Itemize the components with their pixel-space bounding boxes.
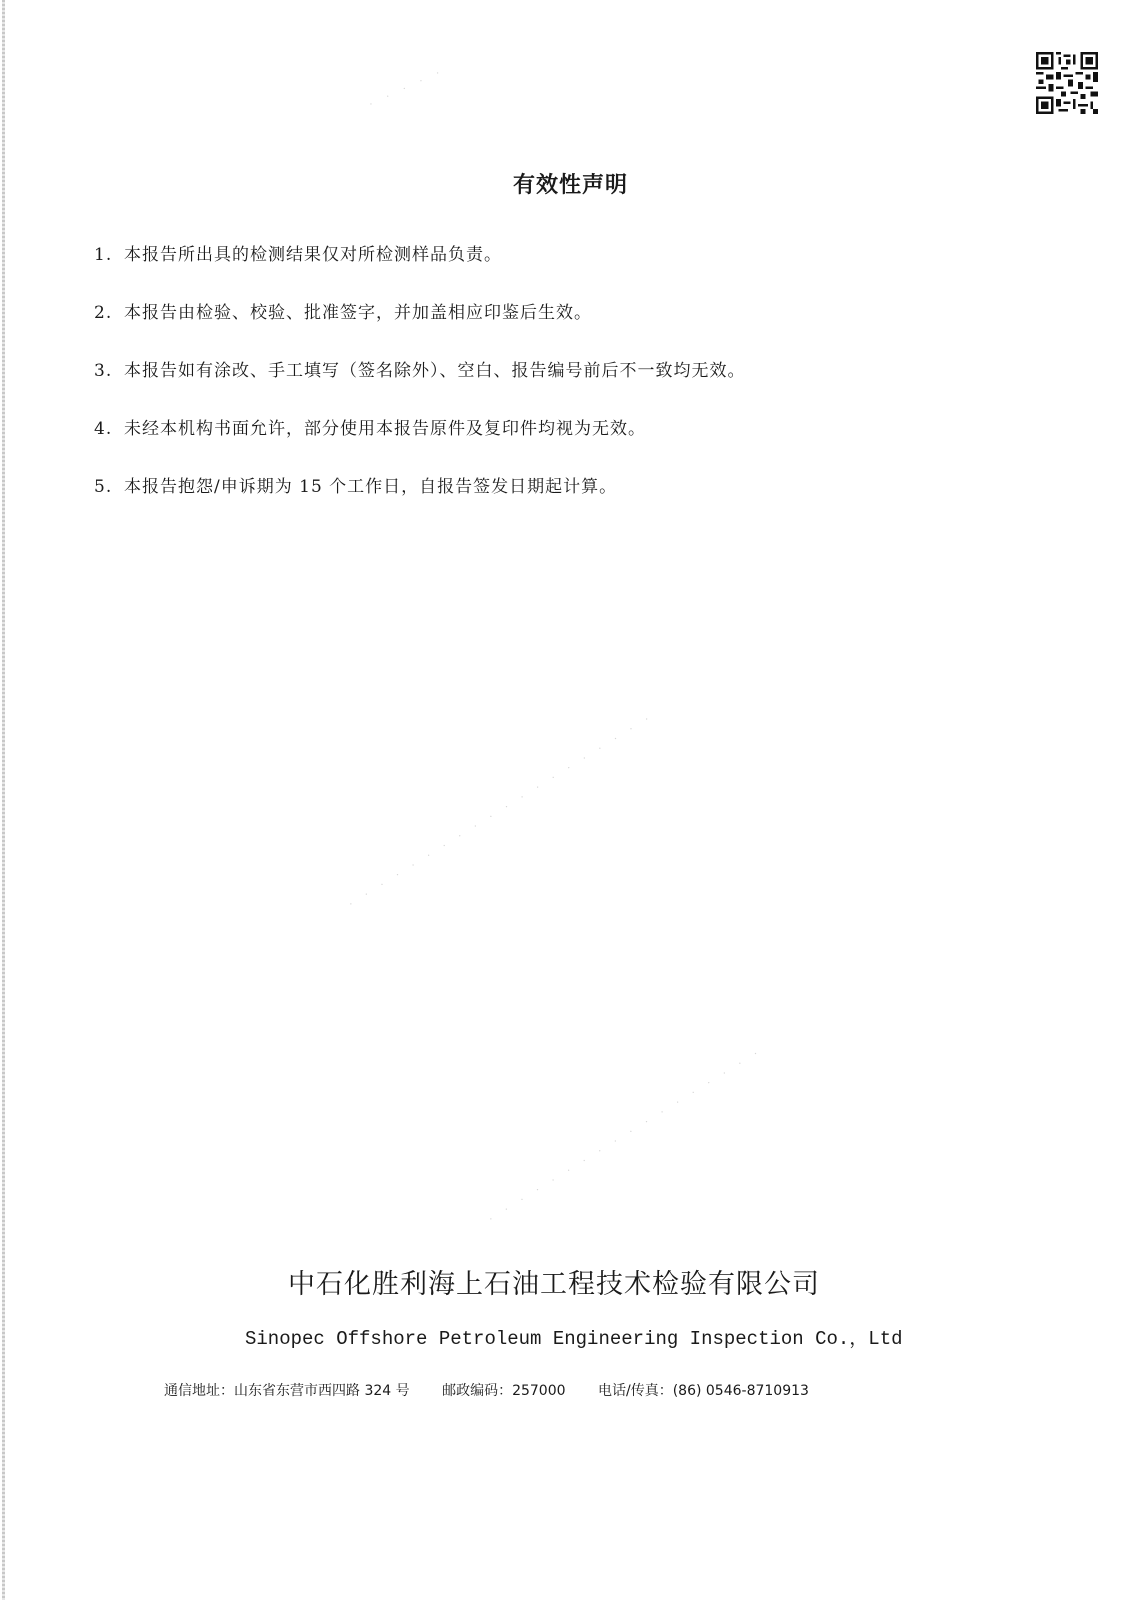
watermark-faint: · · · · · — [368, 66, 448, 111]
statement-item: 1.本报告所出具的检测结果仅对所检测样品负责。 — [94, 240, 502, 265]
statement-item: 5.本报告抱怨/申诉期为 15 个工作日，自报告签发日期起计算。 — [94, 472, 617, 497]
contact-info: 通信地址：山东省东营市西四路 324 号 邮政编码：257000 电话/传真：(… — [164, 1380, 837, 1400]
phone-fax: 电话/传真：(86) 0546-8710913 — [598, 1383, 809, 1399]
statement-text: 本报告由检验、校验、批准签字，并加盖相应印鉴后生效。 — [124, 303, 592, 323]
statement-number: 5. — [94, 477, 124, 497]
statement-item: 4.未经本机构书面允许，部分使用本报告原件及复印件均视为无效。 — [94, 414, 646, 439]
postcode: 邮政编码：257000 — [442, 1383, 565, 1399]
company-name-english: Sinopec Offshore Petroleum Engineering I… — [245, 1323, 903, 1350]
statement-text: 未经本机构书面允许，部分使用本报告原件及复印件均视为无效。 — [124, 419, 646, 439]
qr-code-icon — [1036, 52, 1098, 114]
statement-item: 2.本报告由检验、校验、批准签字，并加盖相应印鉴后生效。 — [94, 298, 592, 323]
statement-text: 本报告抱怨/申诉期为 15 个工作日，自报告签发日期起计算。 — [124, 477, 617, 497]
address: 通信地址：山东省东营市西四路 324 号 — [164, 1383, 410, 1399]
statement-number: 3. — [94, 361, 124, 381]
statement-item: 3.本报告如有涂改、手工填写（签名除外）、空白、报告编号前后不一致均无效。 — [94, 356, 746, 381]
company-name-chinese: 中石化胜利海上石油工程技术检验有限公司 — [288, 1262, 820, 1301]
statement-number: 1. — [94, 245, 124, 265]
statement-number: 2. — [94, 303, 124, 323]
watermark-faint: · · · · · · · · · · · · · · · · · · · · — [347, 711, 656, 910]
statement-text: 本报告所出具的检测结果仅对所检测样品负责。 — [124, 245, 502, 265]
page-title: 有效性声明 — [0, 168, 1131, 199]
watermark-faint: · · · · · · · · · · · · · · · · · · — [487, 1046, 765, 1226]
statement-text: 本报告如有涂改、手工填写（签名除外）、空白、报告编号前后不一致均无效。 — [124, 361, 746, 381]
scan-border — [2, 0, 5, 1600]
statement-number: 4. — [94, 419, 124, 439]
